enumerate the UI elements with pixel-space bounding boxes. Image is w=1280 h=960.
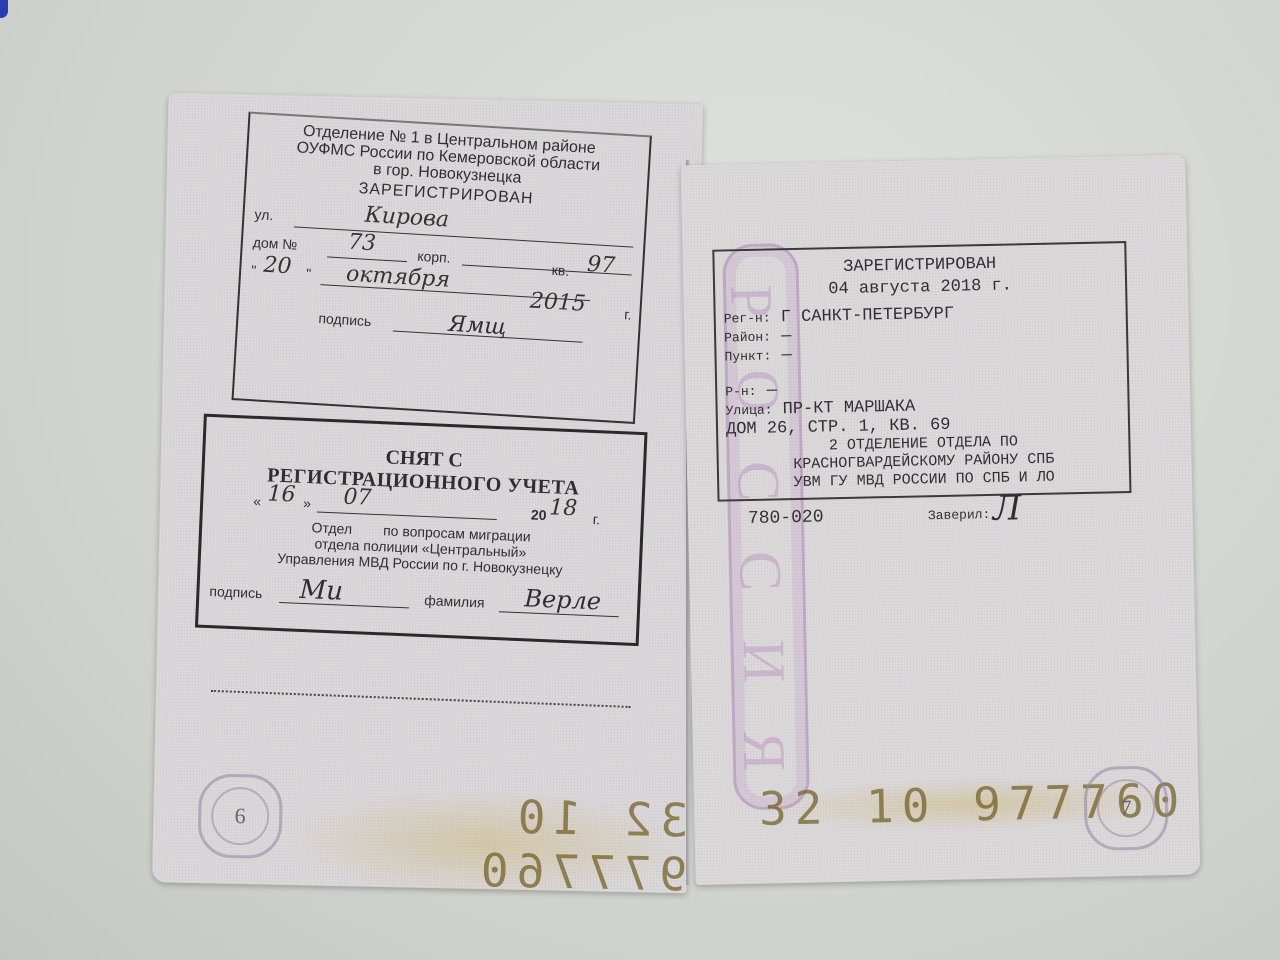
deregistration-month: 07 xyxy=(343,485,372,511)
signature-label: подпись xyxy=(318,310,372,329)
registration-stamp-novokuznetsk: Отделение № 1 в Центральном районе ОУФМС… xyxy=(232,112,652,424)
year-suffix: г. xyxy=(624,306,632,322)
surname-label: фамилия xyxy=(424,592,485,611)
page-number-ornament-left: 6 xyxy=(197,773,283,859)
deregistration-year-suffix: г. xyxy=(592,511,600,527)
house-value: 73 xyxy=(347,230,376,257)
street-value: Кирова xyxy=(364,203,450,233)
certified-signature: Л xyxy=(992,488,1021,529)
page-number-ornament-right: 7 xyxy=(1083,765,1169,851)
deregistration-signature-row: подпись Ми фамилия Верле xyxy=(209,579,638,625)
signature: Ямщ xyxy=(448,312,507,340)
apartment-value: 97 xyxy=(586,252,615,279)
department-code: 780-020 xyxy=(748,507,824,529)
day-value: 20 xyxy=(263,253,292,280)
passport-page-right: Р О С С И Я ЗАРЕГИСТРИРОВАН 04 августа 2… xyxy=(681,155,1201,885)
address-fields: Рег-н: Г САНКТ-ПЕТЕРБУРГ Район: — Пункт:… xyxy=(716,301,1129,440)
signature: Ми xyxy=(299,575,344,607)
house-label: дом № xyxy=(252,234,297,253)
serial-perforation-left: 32 10 977760 xyxy=(282,785,689,901)
deregistration-stamp: СНЯТ С РЕГИСТРАЦИОННОГО УЧЕТА « 16 » 07 … xyxy=(195,414,648,646)
year-value: 2015 xyxy=(529,289,586,317)
month-value: октября xyxy=(345,262,450,293)
faded-stamp-trace xyxy=(211,690,631,708)
deregistration-day: 16 xyxy=(267,481,296,507)
deregistration-year: 18 xyxy=(549,495,578,521)
passport-page-left: Отделение № 1 в Центральном районе ОУФМС… xyxy=(152,92,703,893)
surname-value: Верле xyxy=(524,584,602,615)
certified-label: Заверил: xyxy=(928,507,991,523)
registration-stamp-spb: ЗАРЕГИСТРИРОВАН 04 августа 2018 г. Рег-н… xyxy=(712,241,1131,502)
building-label: корп. xyxy=(417,248,451,266)
street-label: ул. xyxy=(254,206,274,223)
apartment-label: кв. xyxy=(551,262,569,279)
issuing-authority: 2 ОТДЕЛЕНИЕ ОТДЕЛА ПО КРАСНОГВАРДЕЙСКОМУ… xyxy=(718,431,1129,494)
signature-label: подпись xyxy=(209,583,263,601)
deregistration-year-prefix: 20 xyxy=(531,506,547,523)
